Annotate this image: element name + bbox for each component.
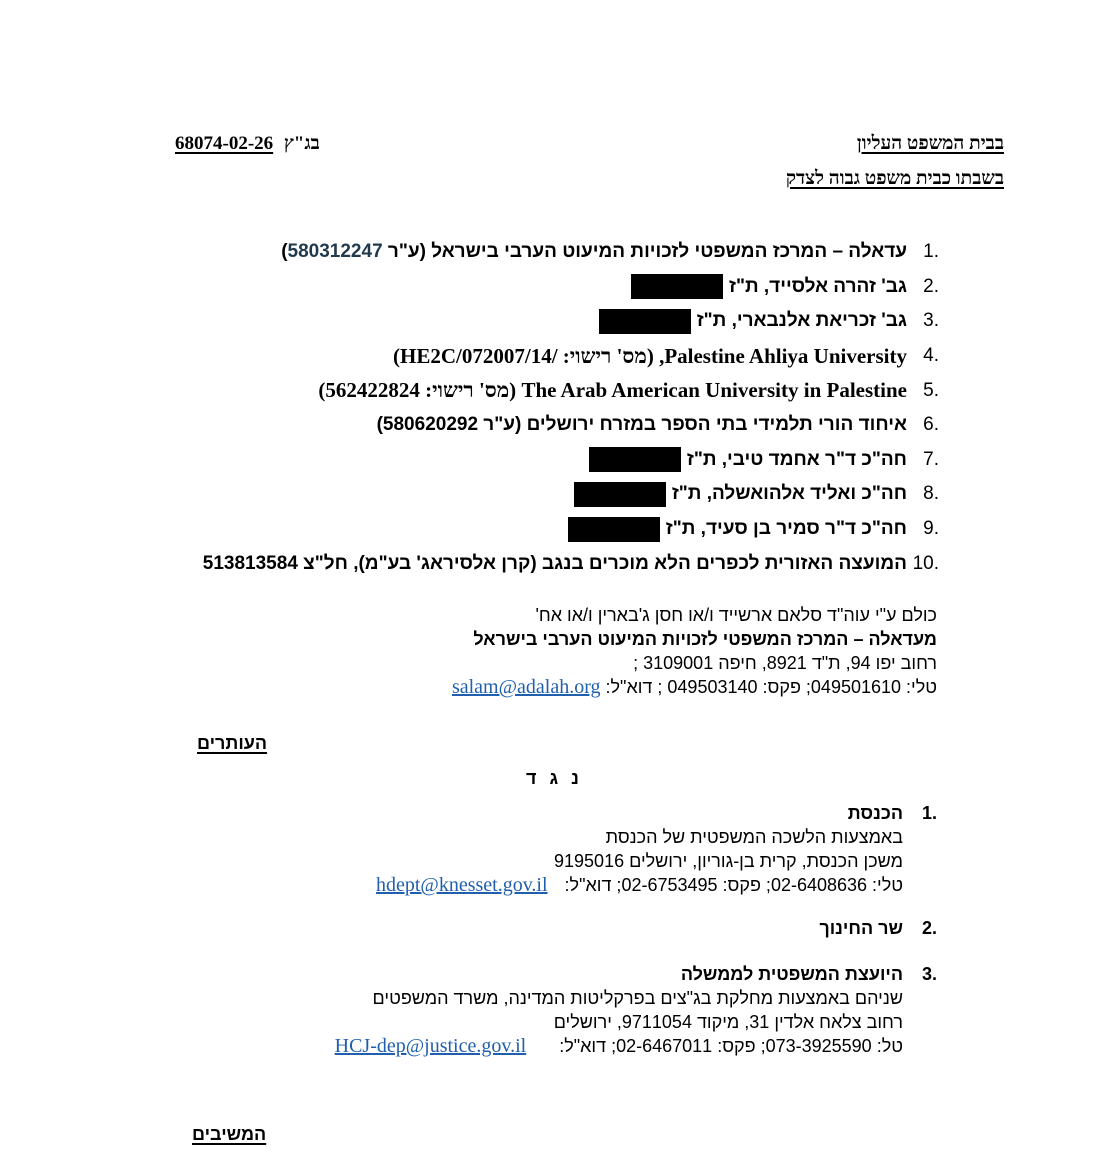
respondents-label: המשיבים — [192, 1124, 266, 1145]
item-number: 10. — [907, 553, 939, 575]
respondent-contact: טלי: 02-6408636; פקס: 02-6753495; דוא"ל:… — [376, 873, 937, 897]
item-number: 3. — [903, 962, 937, 986]
versus-label: נ ג ד — [526, 768, 579, 789]
redaction-bar — [568, 517, 660, 542]
case-id: בג"ץ 68074-02-26 — [175, 133, 320, 155]
contact-text: טלי: 02-6408636; פקס: 02-6753495; דוא"ל: — [565, 875, 903, 895]
legal-representation: כולם ע"י עוה"ד סלאם ארשייד ו/או חסן ג'בא… — [452, 603, 937, 699]
petitioners-label: העותרים — [197, 733, 267, 754]
petitioner-item: 7. חה"כ ד"ר אחמד טיבי, ת"ז — [139, 443, 939, 478]
redaction-bar — [631, 274, 723, 299]
case-prefix: בג"ץ — [284, 133, 320, 154]
respondent-address: משכן הכנסת, קרית בן-גוריון, ירושלים 9195… — [376, 849, 937, 873]
organization-line: מעדאלה – המרכז המשפטי לזכויות המיעוט הער… — [452, 627, 937, 651]
petitioner-text: גב' זהרה אלסייד, ת"ז — [729, 276, 907, 298]
respondent-detail: שניהם באמצעות מחלקת בג"צים בפרקליטות המד… — [335, 986, 937, 1010]
item-number: 2. — [903, 916, 937, 940]
item-number: 6. — [907, 414, 939, 436]
item-number: 9. — [907, 518, 939, 540]
petitioners-list: 1. עדאלה – המרכז המשפטי לזכויות המיעוט ה… — [139, 235, 939, 581]
email-link[interactable]: HCJ-dep@justice.gov.il — [335, 1035, 527, 1057]
respondent-title: הכנסת — [848, 801, 903, 825]
court-subtitle: בשבתו כבית משפט גבוה לצדק — [786, 168, 1004, 190]
item-number: 2. — [907, 276, 939, 298]
petitioner-item: 4. Palestine Ahliya University, (מס' ריש… — [139, 339, 939, 374]
respondent-detail: באמצעות הלשכה המשפטית של הכנסת — [376, 825, 937, 849]
contact-text: טל: 073-3925590; פקס: 02-6467011; דוא"ל: — [559, 1036, 903, 1056]
petitioner-text: איחוד הורי תלמידי בתי הספר במזרח ירושלים… — [377, 414, 907, 436]
email-link[interactable]: hdept@knesset.gov.il — [376, 874, 548, 896]
item-number: 4. — [907, 345, 939, 367]
respondent-item: 3.היועצת המשפטית לממשלה שניהם באמצעות מח… — [335, 962, 937, 1058]
respondent-item: 1.הכנסת באמצעות הלשכה המשפטית של הכנסת מ… — [376, 801, 937, 897]
respondent-title: שר החינוך — [819, 916, 903, 940]
redaction-bar — [589, 447, 681, 472]
petitioner-text: גב' זכריאת אלנבארי, ת"ז — [697, 310, 907, 332]
petitioner-item: 2. גב' זהרה אלסייד, ת"ז — [139, 270, 939, 305]
attorneys-line: כולם ע"י עוה"ד סלאם ארשייד ו/או חסן ג'בא… — [452, 603, 937, 627]
petitioner-item: 3. גב' זכריאת אלנבארי, ת"ז — [139, 304, 939, 339]
item-number: 7. — [907, 449, 939, 471]
petitioner-text: חה"כ ד"ר סמיר בן סעיד, ת"ז — [666, 518, 907, 540]
item-number: 3. — [907, 310, 939, 332]
court-name: בבית המשפט העליון — [857, 133, 1004, 155]
redaction-bar — [574, 482, 666, 507]
respondent-address: רחוב צלאח אלדין 31, מיקוד 9711054, ירושל… — [335, 1010, 937, 1034]
redaction-bar — [599, 309, 691, 334]
contact-text: טלי: 049501610; פקס: 049503140 ; דוא"ל: — [606, 677, 937, 697]
petitioner-text: המועצה האזורית לכפרים הלא מוכרים בנגב (ק… — [203, 553, 907, 575]
respondent-item: 2.שר החינוך — [819, 916, 937, 940]
petitioner-item: 1. עדאלה – המרכז המשפטי לזכויות המיעוט ה… — [139, 235, 939, 270]
petitioner-text: The Arab American University in Palestin… — [318, 378, 907, 403]
petitioner-text: חה"כ ד"ר אחמד טיבי, ת"ז — [687, 449, 907, 471]
contact-line: טלי: 049501610; פקס: 049503140 ; דוא"ל: … — [452, 675, 937, 699]
respondent-contact: טל: 073-3925590; פקס: 02-6467011; דוא"ל:… — [335, 1034, 937, 1058]
item-number: 8. — [907, 483, 939, 505]
respondent-title: היועצת המשפטית לממשלה — [681, 962, 903, 986]
item-number: 1. — [903, 801, 937, 825]
petitioner-item: 5. The Arab American University in Pales… — [139, 373, 939, 408]
item-number: 5. — [907, 380, 939, 402]
petitioner-item: 10. המועצה האזורית לכפרים הלא מוכרים בנג… — [139, 546, 939, 581]
petitioner-text: חה"כ ואליד אלהואשלה, ת"ז — [672, 483, 907, 505]
petitioner-item: 8. חה"כ ואליד אלהואשלה, ת"ז — [139, 477, 939, 512]
address-line: רחוב יפו 94, ת"ד 8921, חיפה 3109001 ; — [452, 651, 937, 675]
petitioner-text: עדאלה – המרכז המשפטי לזכויות המיעוט הערב… — [281, 241, 907, 263]
case-number: 68074-02-26 — [175, 133, 273, 154]
petitioner-item: 9. חה"כ ד"ר סמיר בן סעיד, ת"ז — [139, 512, 939, 547]
petitioner-item: 6. איחוד הורי תלמידי בתי הספר במזרח ירוש… — [139, 408, 939, 443]
item-number: 1. — [907, 241, 939, 263]
petitioner-text: Palestine Ahliya University, (מס' רישוי:… — [393, 344, 907, 369]
email-link[interactable]: salam@adalah.org — [452, 676, 601, 698]
